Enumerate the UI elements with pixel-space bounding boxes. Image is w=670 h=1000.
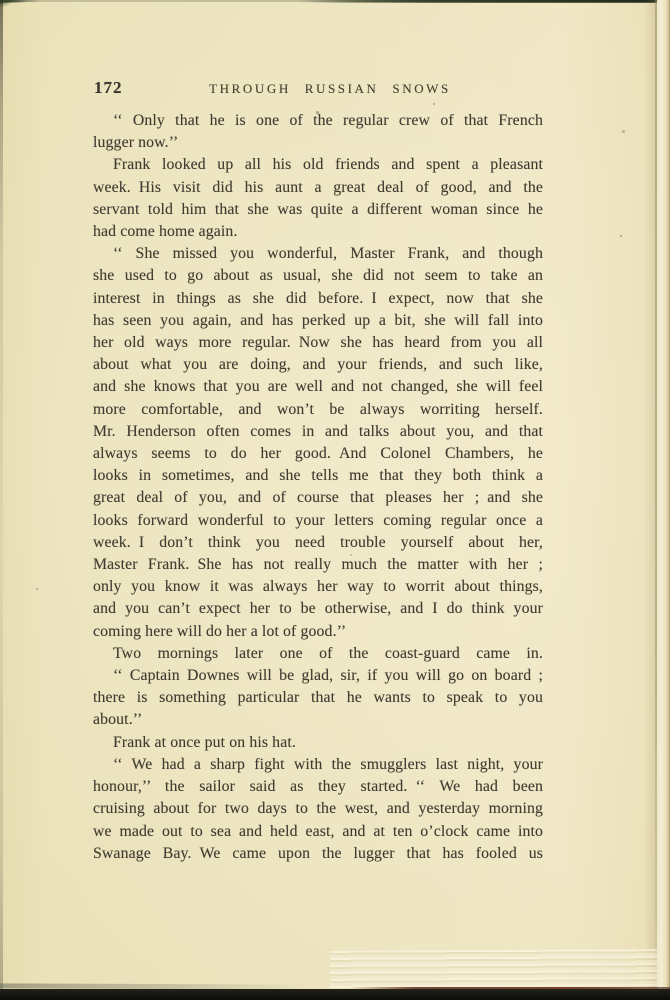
text-line: week. I don’t think you need trouble you… bbox=[93, 532, 543, 554]
paper-speck bbox=[433, 103, 435, 105]
text-line: we made out to sea and held east, and at… bbox=[93, 821, 543, 843]
text-line: Master Frank. She has not really much th… bbox=[93, 554, 543, 576]
text-line: ‘‘ Only that he is one of the regular cr… bbox=[93, 110, 543, 132]
paper-speck bbox=[622, 130, 625, 133]
text-line: Two mornings later one of the coast-guar… bbox=[93, 643, 543, 665]
text-line: Frank at once put on his hat. bbox=[93, 732, 543, 754]
text-line: ‘‘ She missed you wonderful, Master Fran… bbox=[93, 243, 543, 265]
text-line: interest in things as she did before. I … bbox=[93, 288, 543, 310]
paragraph: ‘‘ Captain Downes will be glad, sir, if … bbox=[93, 665, 543, 732]
paragraph: ‘‘ She missed you wonderful, Master Fran… bbox=[93, 243, 543, 643]
paragraph: ‘‘ Only that he is one of the regular cr… bbox=[93, 110, 543, 154]
text-line: about.’’ bbox=[93, 709, 543, 731]
text-line: lugger now.’’ bbox=[93, 132, 543, 154]
text-line: ‘‘ Captain Downes will be glad, sir, if … bbox=[93, 665, 543, 687]
paragraph: ‘‘ We had a sharp fight with the smuggle… bbox=[93, 754, 543, 865]
text-line: looks forward wonderful to your letters … bbox=[93, 510, 543, 532]
text-line: Swanage Bay. We came upon the lugger tha… bbox=[93, 843, 543, 865]
text-line: has seen you again, and has perked up a … bbox=[93, 310, 543, 332]
text-line: more comfortable, and won’t be always wo… bbox=[93, 399, 543, 421]
paper-speck bbox=[620, 235, 622, 237]
text-line: her old ways more regular. Now she has h… bbox=[93, 332, 543, 354]
page-left-edge bbox=[0, 0, 3, 1000]
scan-bottom-band bbox=[0, 989, 670, 1000]
text-line: and she knows that you are well and not … bbox=[93, 376, 543, 398]
text-line: had come home again. bbox=[93, 221, 543, 243]
paragraph: Frank at once put on his hat. bbox=[93, 732, 543, 754]
page-fore-edge-strip bbox=[657, 0, 670, 1000]
text-line: only you know it was always her way to w… bbox=[93, 576, 543, 598]
page-edge-shade bbox=[644, 0, 655, 1000]
book-page: 172 THROUGH RUSSIAN SNOWS ‘‘ Only that h… bbox=[0, 0, 670, 1000]
text-line: cruising about for two days to the west,… bbox=[93, 798, 543, 820]
page-text: ‘‘ Only that he is one of the regular cr… bbox=[93, 110, 543, 865]
text-line: she used to go about as usual, she did n… bbox=[93, 265, 543, 287]
text-line: honour,’’ the sailor said as they starte… bbox=[93, 776, 543, 798]
text-line: ‘‘ We had a sharp fight with the smuggle… bbox=[93, 754, 543, 776]
paper-speck bbox=[36, 588, 38, 590]
text-line: servant told him that she was quite a di… bbox=[93, 199, 543, 221]
text-line: about what you are doing, and your frien… bbox=[93, 354, 543, 376]
page-top-edge-line bbox=[0, 0, 670, 2]
text-line: coming here will do her a lot of good.’’ bbox=[93, 621, 543, 643]
text-line: week. His visit did his aunt a great dea… bbox=[93, 177, 543, 199]
text-line: looks in sometimes, and she tells me tha… bbox=[93, 465, 543, 487]
text-line: and you can’t expect her to be otherwise… bbox=[93, 598, 543, 620]
text-line: there is something particular that he wa… bbox=[93, 687, 543, 709]
paragraph: Frank looked up all his old friends and … bbox=[93, 154, 543, 243]
text-line: Mr. Henderson often comes in and talks a… bbox=[93, 421, 543, 443]
book-page-edges bbox=[330, 949, 657, 988]
paragraph: Two mornings later one of the coast-guar… bbox=[93, 643, 543, 665]
page-crease-line bbox=[655, 0, 657, 990]
text-line: great deal of you, and of course that pl… bbox=[93, 487, 543, 509]
text-line: Frank looked up all his old friends and … bbox=[93, 154, 543, 176]
running-title: THROUGH RUSSIAN SNOWS bbox=[0, 81, 660, 97]
text-line: always seems to do her good. And Colonel… bbox=[93, 443, 543, 465]
